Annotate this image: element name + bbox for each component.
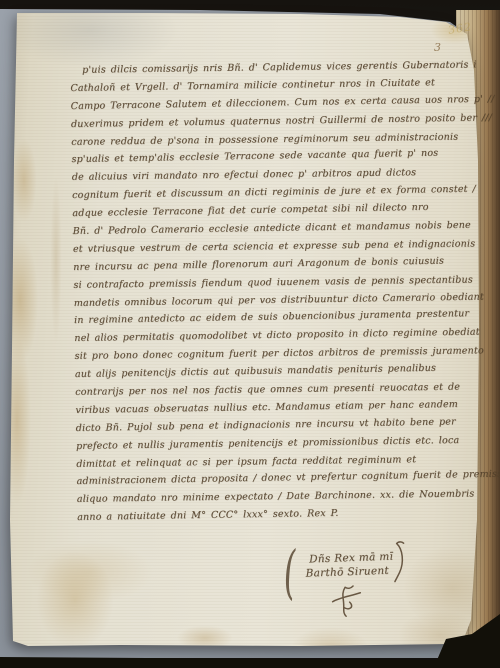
- manuscript-text-block: p'uis dilcis comissarijs nris Bñ. d' Cap…: [70, 56, 479, 527]
- chancery-bracket: (: [283, 542, 298, 602]
- manuscript-photo: 362 3 p'uis dilcis comissarijs nris Bñ. …: [0, 0, 500, 668]
- chancery-note-line-2: Barthō Siruent: [305, 565, 389, 580]
- chancery-note-line-1: Dñs Rex mā mī: [309, 551, 393, 566]
- pen-flourish-icon: [391, 540, 411, 585]
- notary-paraph-icon: [328, 584, 365, 619]
- folio-number: 3: [434, 41, 441, 54]
- chancery-note: ( Dñs Rex mā mī Barthō Siruent: [285, 540, 422, 629]
